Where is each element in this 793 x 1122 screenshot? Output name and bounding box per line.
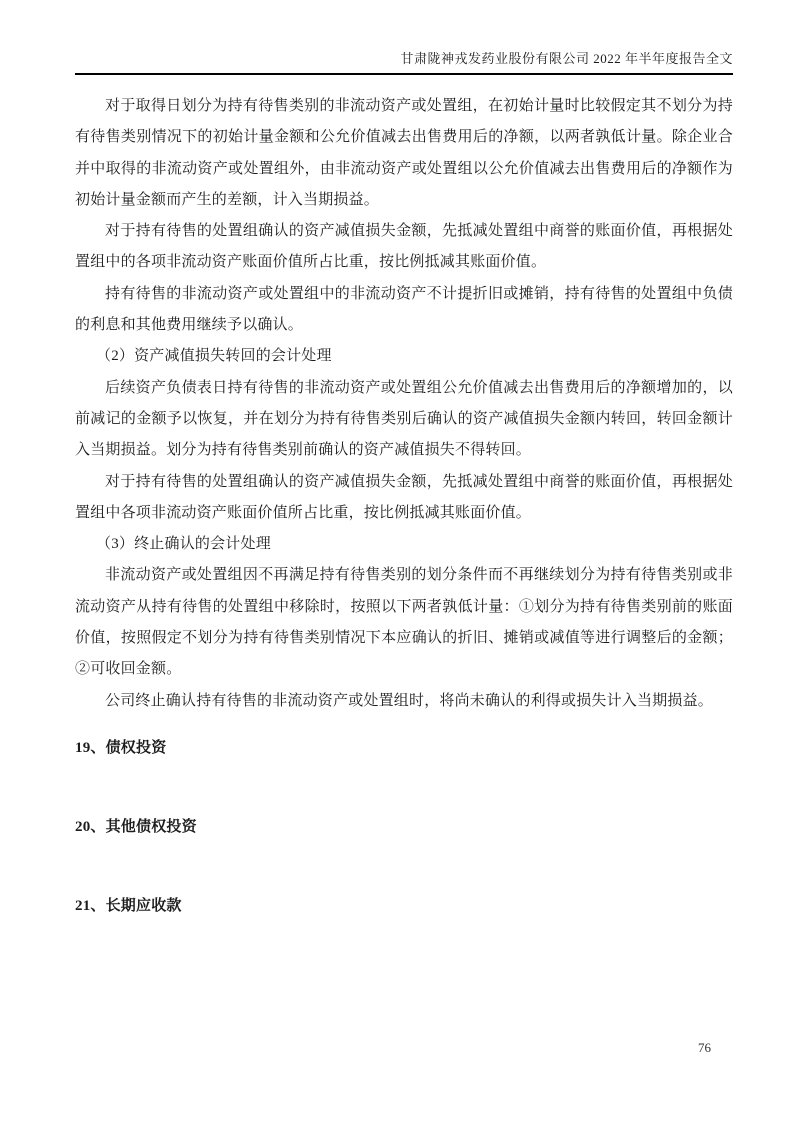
- document-body: 对于取得日划分为持有待售类别的非流动资产或处置组，在初始计量时比较假定其不划分为…: [75, 91, 733, 923]
- paragraph-removal-measurement: 非流动资产或处置组因不再满足持有待售类别的划分条件而不再继续划分为持有待售类别或…: [75, 560, 733, 685]
- subheading-derecognition: （3）终止确认的会计处理: [75, 529, 733, 560]
- subheading-impairment-reversal: （2）资产减值损失转回的会计处理: [75, 341, 733, 372]
- report-page: 甘肃陇神戎发药业股份有限公司 2022 年半年度报告全文 对于取得日划分为持有待…: [0, 0, 793, 1122]
- paragraph-no-depreciation: 持有待售的非流动资产或处置组中的非流动资产不计提折旧或摊销，持有待售的处置组中负…: [75, 279, 733, 342]
- paragraph-impairment-allocation-2: 对于持有待售的处置组确认的资产减值损失金额，先抵减处置组中商誉的账面价值，再根据…: [75, 467, 733, 530]
- header-rule: [75, 73, 733, 75]
- heading-other-debt-investments: 20、其他债权投资: [75, 811, 733, 844]
- heading-debt-investments: 19、债权投资: [75, 732, 733, 765]
- paragraph-derecognition-gains: 公司终止确认持有待售的非流动资产或处置组时，将尚未确认的利得或损失计入当期损益。: [75, 686, 733, 717]
- heading-long-term-receivables: 21、长期应收款: [75, 890, 733, 923]
- paragraph-impairment-allocation: 对于持有待售的处置组确认的资产减值损失金额，先抵减处置组中商誉的账面价值，再根据…: [75, 216, 733, 279]
- page-number: 76: [698, 1040, 711, 1056]
- header-title: 甘肃陇神戎发药业股份有限公司 2022 年半年度报告全文: [75, 0, 733, 68]
- page-content: 甘肃陇神戎发药业股份有限公司 2022 年半年度报告全文 对于取得日划分为持有待…: [75, 0, 733, 923]
- paragraph-reversal-rule: 后续资产负债表日持有待售的非流动资产或处置组公允价值减去出售费用后的净额增加的，…: [75, 373, 733, 467]
- paragraph-initial-measurement: 对于取得日划分为持有待售类别的非流动资产或处置组，在初始计量时比较假定其不划分为…: [75, 91, 733, 216]
